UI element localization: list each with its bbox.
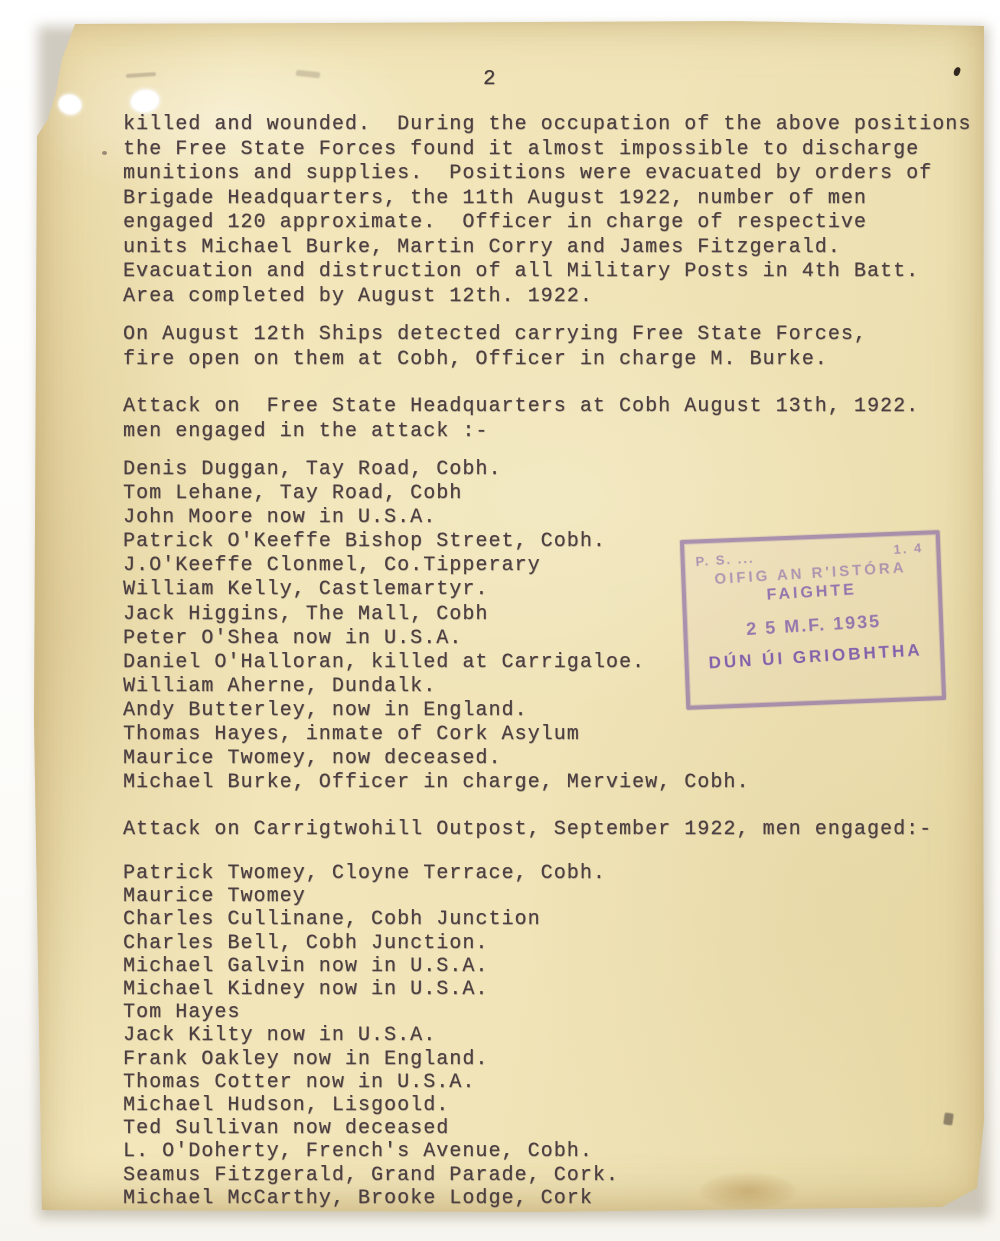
document-page: 2 killed and wounded. During the occupat… — [34, 21, 984, 1212]
paper-stain — [700, 1173, 796, 1209]
stamp-date: 2 5 M.F. 1935 — [687, 607, 940, 643]
text-line: Seamus Fitzgerald, Grand Parade, Cork. — [123, 1164, 619, 1187]
text-line: Denis Duggan, Tay Road, Cobh. — [123, 458, 750, 482]
text-line: Patrick Twomey, Cloyne Terrace, Cobh. — [123, 862, 619, 885]
scanned-document-background: 2 killed and wounded. During the occupat… — [0, 0, 1000, 1241]
text-line: Thomas Cotter now in U.S.A. — [123, 1071, 619, 1094]
ink-speck — [953, 66, 961, 76]
paragraph-occupation: killed and wounded. During the occupatio… — [123, 113, 971, 309]
paragraph-ships-detected: On August 12th Ships detected carrying F… — [123, 323, 867, 372]
text-line: Frank Oakley now in England. — [123, 1048, 619, 1071]
text-line: Brigade Headquarters, the 11th August 19… — [123, 187, 971, 212]
punch-hole — [56, 91, 85, 117]
text-line: the Free State Forces found it almost im… — [123, 138, 971, 163]
text-line: fire open on them at Cobh, Officer in ch… — [123, 348, 867, 373]
text-line: Michael Hudson, Lisgoold. — [123, 1094, 619, 1117]
text-line: Charles Bell, Cobh Junction. — [123, 932, 619, 955]
text-line: Attack on Free State Headquarters at Cob… — [123, 395, 919, 420]
names-list-attack-cobh-hq: Denis Duggan, Tay Road, Cobh.Tom Lehane,… — [123, 458, 750, 795]
text-line: Evacuation and distruction of all Milita… — [123, 260, 971, 285]
text-line: Thomas Hayes, inmate of Cork Asylum — [123, 723, 750, 747]
page-number: 2 — [483, 68, 496, 91]
names-list-attack-carrigtwohill: Patrick Twomey, Cloyne Terrace, Cobh.Mau… — [123, 862, 619, 1210]
text-line: Jack Kilty now in U.S.A. — [123, 1024, 619, 1047]
text-line: killed and wounded. During the occupatio… — [123, 113, 971, 138]
text-line: William Kelly, Castlemartyr. — [123, 578, 750, 602]
received-date-stamp: P. S. ... 1. 4 OIFIG AN R'ISTÓRA FAIGHTE… — [680, 530, 946, 710]
text-line: engaged 120 approximate. Officer in char… — [123, 211, 971, 236]
punch-hole — [128, 87, 162, 116]
text-line: Patrick O'Keeffe Bishop Street, Cobh. — [123, 530, 750, 554]
edge-mark — [943, 1112, 954, 1125]
stamp-location: DÚN ÚI GRIOBHTHA — [689, 639, 942, 674]
text-line: Jack Higgins, The Mall, Cobh — [123, 603, 750, 627]
text-line: Attack on Carrigtwohill Outpost, Septemb… — [123, 818, 932, 843]
text-line: William Aherne, Dundalk. — [123, 675, 750, 699]
text-line: Area completed by August 12th. 1922. — [123, 285, 971, 310]
stamp-line1-right: 1. 4 — [893, 540, 924, 557]
heading-attack-cobh-hq: Attack on Free State Headquarters at Cob… — [123, 395, 919, 444]
stamp-text: P. S. ... 1. 4 OIFIG AN R'ISTÓRA FAIGHTE… — [683, 531, 942, 674]
text-line: Andy Butterley, now in England. — [123, 699, 750, 723]
text-line: units Michael Burke, Martin Corry and Ja… — [123, 236, 971, 261]
text-line: J.O'Keeffe Clonmel, Co.Tipperary — [123, 554, 750, 578]
text-line: Michael Galvin now in U.S.A. — [123, 955, 619, 978]
text-line: munitions and supplies. Positions were e… — [123, 162, 971, 187]
text-line: On August 12th Ships detected carrying F… — [123, 323, 867, 348]
text-line: Michael Burke, Officer in charge, Mervie… — [123, 771, 750, 795]
text-line: Peter O'Shea now in U.S.A. — [123, 627, 750, 651]
text-line: Charles Cullinane, Cobh Junction — [123, 908, 619, 931]
heading-attack-carrigtwohill: Attack on Carrigtwohill Outpost, Septemb… — [123, 818, 932, 843]
text-line: Daniel O'Halloran, killed at Carrigaloe. — [123, 651, 750, 675]
text-line: L. O'Doherty, French's Avenue, Cobh. — [123, 1140, 619, 1163]
text-line: John Moore now in U.S.A. — [123, 506, 750, 530]
text-line: Michael McCarthy, Brooke Lodge, Cork — [123, 1187, 619, 1210]
stamp-line1-left: P. S. ... — [695, 550, 755, 569]
text-line: men engaged in the attack :- — [123, 420, 919, 445]
text-line: Tom Lehane, Tay Road, Cobh — [123, 482, 750, 506]
text-line: Ted Sullivan now deceased — [123, 1117, 619, 1140]
text-line: Maurice Twomey — [123, 885, 619, 908]
text-line: Michael Kidney now in U.S.A. — [123, 978, 619, 1001]
stray-dot — [102, 151, 107, 155]
text-line: Tom Hayes — [123, 1001, 619, 1024]
faint-smudge — [296, 70, 320, 78]
faint-smudge — [126, 72, 156, 78]
text-line: Maurice Twomey, now deceased. — [123, 747, 750, 771]
